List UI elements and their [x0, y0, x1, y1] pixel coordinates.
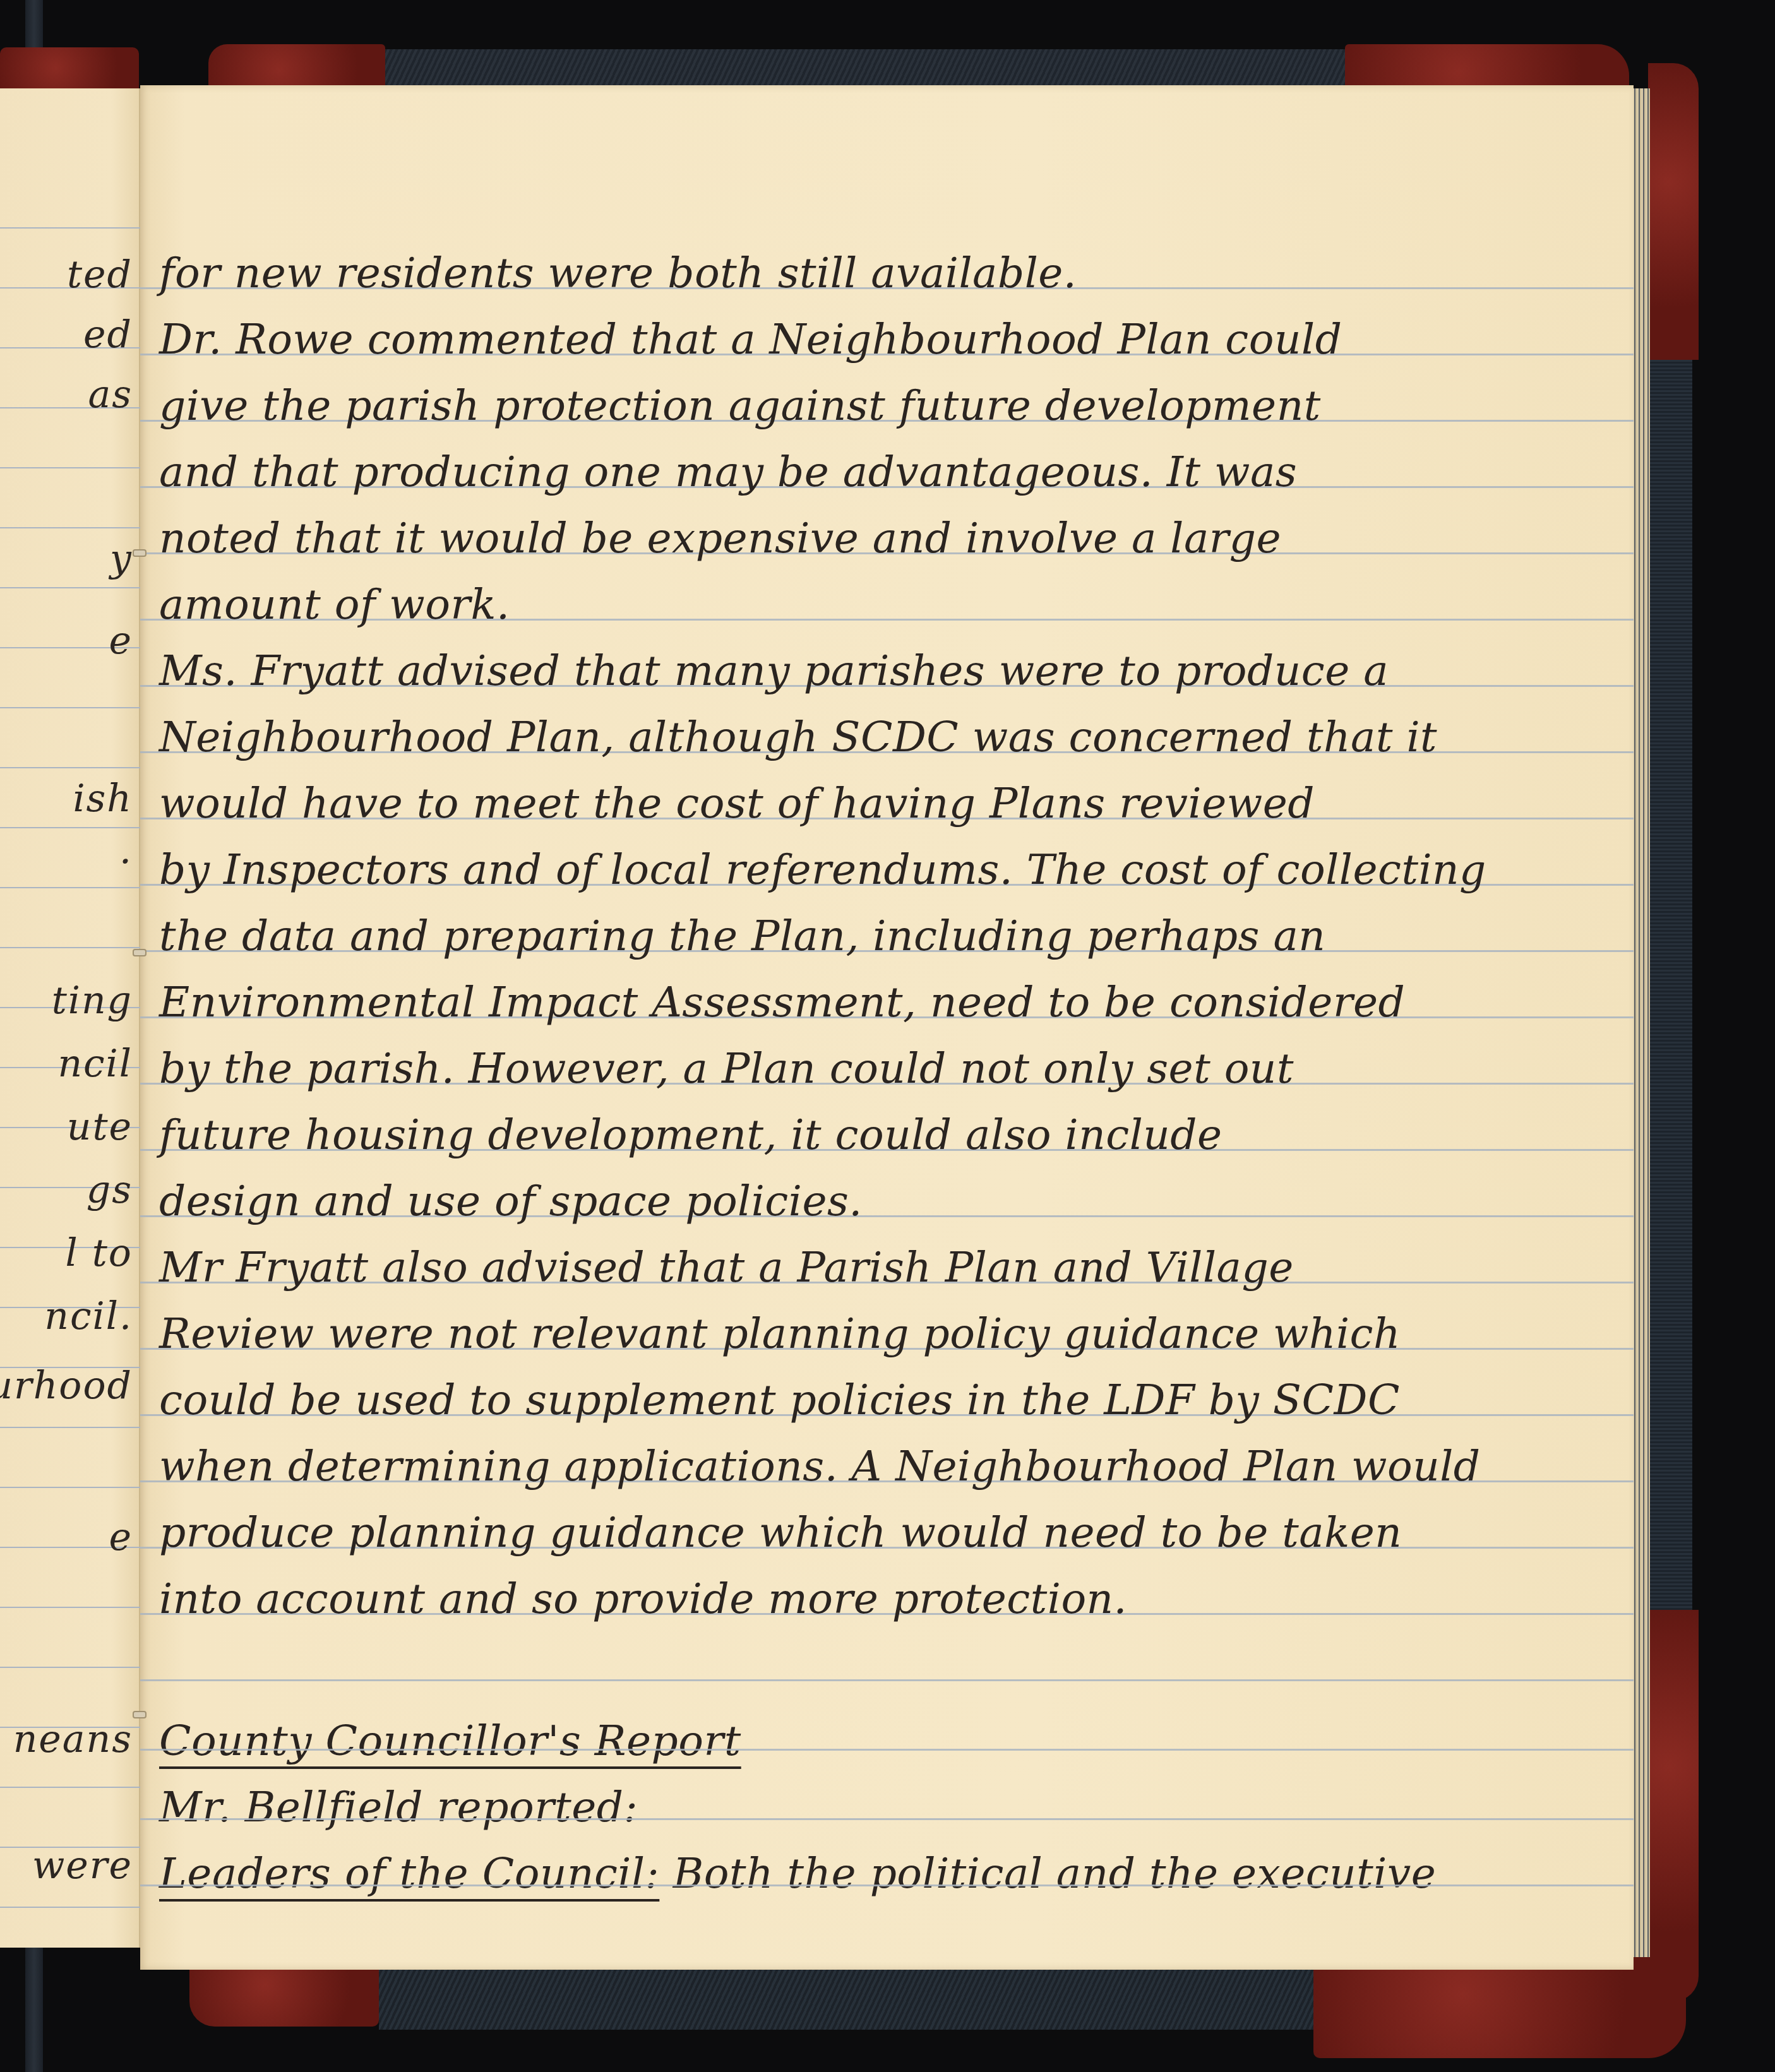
- handwritten-line: the data and preparing the Plan, includi…: [159, 915, 1325, 957]
- left-page-text-fragment: neans: [13, 1717, 133, 1761]
- handwritten-line: future housing development, it could als…: [159, 1114, 1222, 1156]
- handwritten-line: could be used to supplement policies in …: [159, 1379, 1400, 1421]
- left-page-text-fragment: gs: [87, 1168, 133, 1212]
- ruled-line: [140, 1679, 1634, 1681]
- ruled-line: [0, 227, 140, 229]
- left-page-text-fragment: were: [32, 1843, 133, 1888]
- left-page-text-fragment: bourhood: [0, 1364, 133, 1408]
- ruled-line: [0, 827, 140, 828]
- handwritten-line: into account and so provide more protect…: [159, 1578, 1127, 1620]
- ruled-line: [0, 1907, 140, 1908]
- ruled-line: [0, 707, 140, 708]
- agenda-item-line: Leaders of the Council: Both the politic…: [159, 1853, 1436, 1895]
- left-page-text-fragment: e: [109, 1515, 133, 1559]
- left-page-text-fragment: ted: [67, 253, 133, 297]
- ruled-line: [0, 887, 140, 888]
- right-page: County Councillor's Report Mr. Bellfield…: [140, 85, 1634, 1970]
- handwritten-line: noted that it would be expensive and inv…: [159, 518, 1281, 559]
- leather-corner-right-top: [1648, 63, 1699, 360]
- handwritten-line: design and use of space policies.: [159, 1181, 863, 1222]
- ruled-line: [0, 467, 140, 468]
- binding-staple: [133, 949, 146, 956]
- leather-corner-right-bottom: [1648, 1610, 1699, 2001]
- ruled-line: [0, 1787, 140, 1788]
- ruled-line: [140, 1749, 1634, 1751]
- left-page-text-fragment: l to: [66, 1231, 133, 1275]
- handwritten-line: Environmental Impact Assessment, need to…: [159, 982, 1405, 1023]
- left-page-text-fragment: ed: [83, 313, 133, 357]
- left-page-text-fragment: ncil.: [44, 1294, 133, 1338]
- binding-staple: [133, 549, 146, 557]
- left-page-text-fragment: ting: [52, 979, 133, 1023]
- handwritten-line: for new residents were both still availa…: [159, 253, 1077, 294]
- left-page-text-fragment: ·: [119, 840, 133, 884]
- agenda-item-text: Both the political and the executive: [673, 1849, 1436, 1898]
- handwritten-line: Neighbourhood Plan, although SCDC was co…: [159, 717, 1437, 758]
- scan-background: tededasyeish·tingncilutegsl toncil.bourh…: [0, 0, 1775, 2072]
- handwritten-line: would have to meet the cost of having Pl…: [159, 783, 1315, 825]
- ruled-line: [0, 1487, 140, 1488]
- ruled-line: [0, 1607, 140, 1608]
- left-page-text-fragment: y: [110, 537, 133, 581]
- section-heading: County Councillor's Report: [159, 1720, 741, 1762]
- ruled-line: [0, 1427, 140, 1428]
- handwritten-line: by the parish. However, a Plan could not…: [159, 1048, 1294, 1090]
- ruled-line: [0, 587, 140, 588]
- handwritten-line: Dr. Rowe commented that a Neighbourhood …: [159, 319, 1342, 360]
- handwritten-line: Ms. Fryatt advised that many parishes we…: [159, 650, 1389, 692]
- binding-staple: [133, 1711, 146, 1718]
- ruled-line: [0, 527, 140, 528]
- ruled-line: [0, 1667, 140, 1668]
- left-page-text-fragment: ute: [67, 1105, 133, 1149]
- agenda-item-label: Leaders of the Council:: [159, 1849, 659, 1898]
- cover-cloth-bottom: [379, 1960, 1326, 2030]
- ruled-line: [140, 1884, 1634, 1886]
- ruled-line: [140, 1818, 1634, 1820]
- handwritten-line: Mr Fryatt also advised that a Parish Pla…: [159, 1247, 1294, 1289]
- handwritten-line: Review were not relevant planning policy…: [159, 1313, 1401, 1355]
- left-page-text-fragment: ncil: [57, 1042, 133, 1086]
- left-page-text-fragment: ish: [73, 777, 133, 821]
- left-page-text-fragment: as: [88, 372, 133, 417]
- ruled-line: [0, 767, 140, 768]
- left-page: tededasyeish·tingncilutegsl toncil.bourh…: [0, 88, 140, 1948]
- page-stack-edge: [1632, 88, 1650, 1957]
- handwritten-line: produce planning guidance which would ne…: [159, 1512, 1402, 1554]
- reporter-line: Mr. Bellfield reported:: [159, 1787, 638, 1828]
- handwritten-line: by Inspectors and of local referendums. …: [159, 849, 1486, 891]
- handwritten-line: give the parish protection against futur…: [159, 385, 1321, 427]
- handwritten-line: and that producing one may be advantageo…: [159, 451, 1297, 493]
- left-page-text-fragment: e: [109, 619, 133, 663]
- handwritten-line: amount of work.: [159, 584, 510, 626]
- handwritten-line: when determining applications. A Neighbo…: [159, 1446, 1481, 1487]
- ruled-line: [0, 947, 140, 948]
